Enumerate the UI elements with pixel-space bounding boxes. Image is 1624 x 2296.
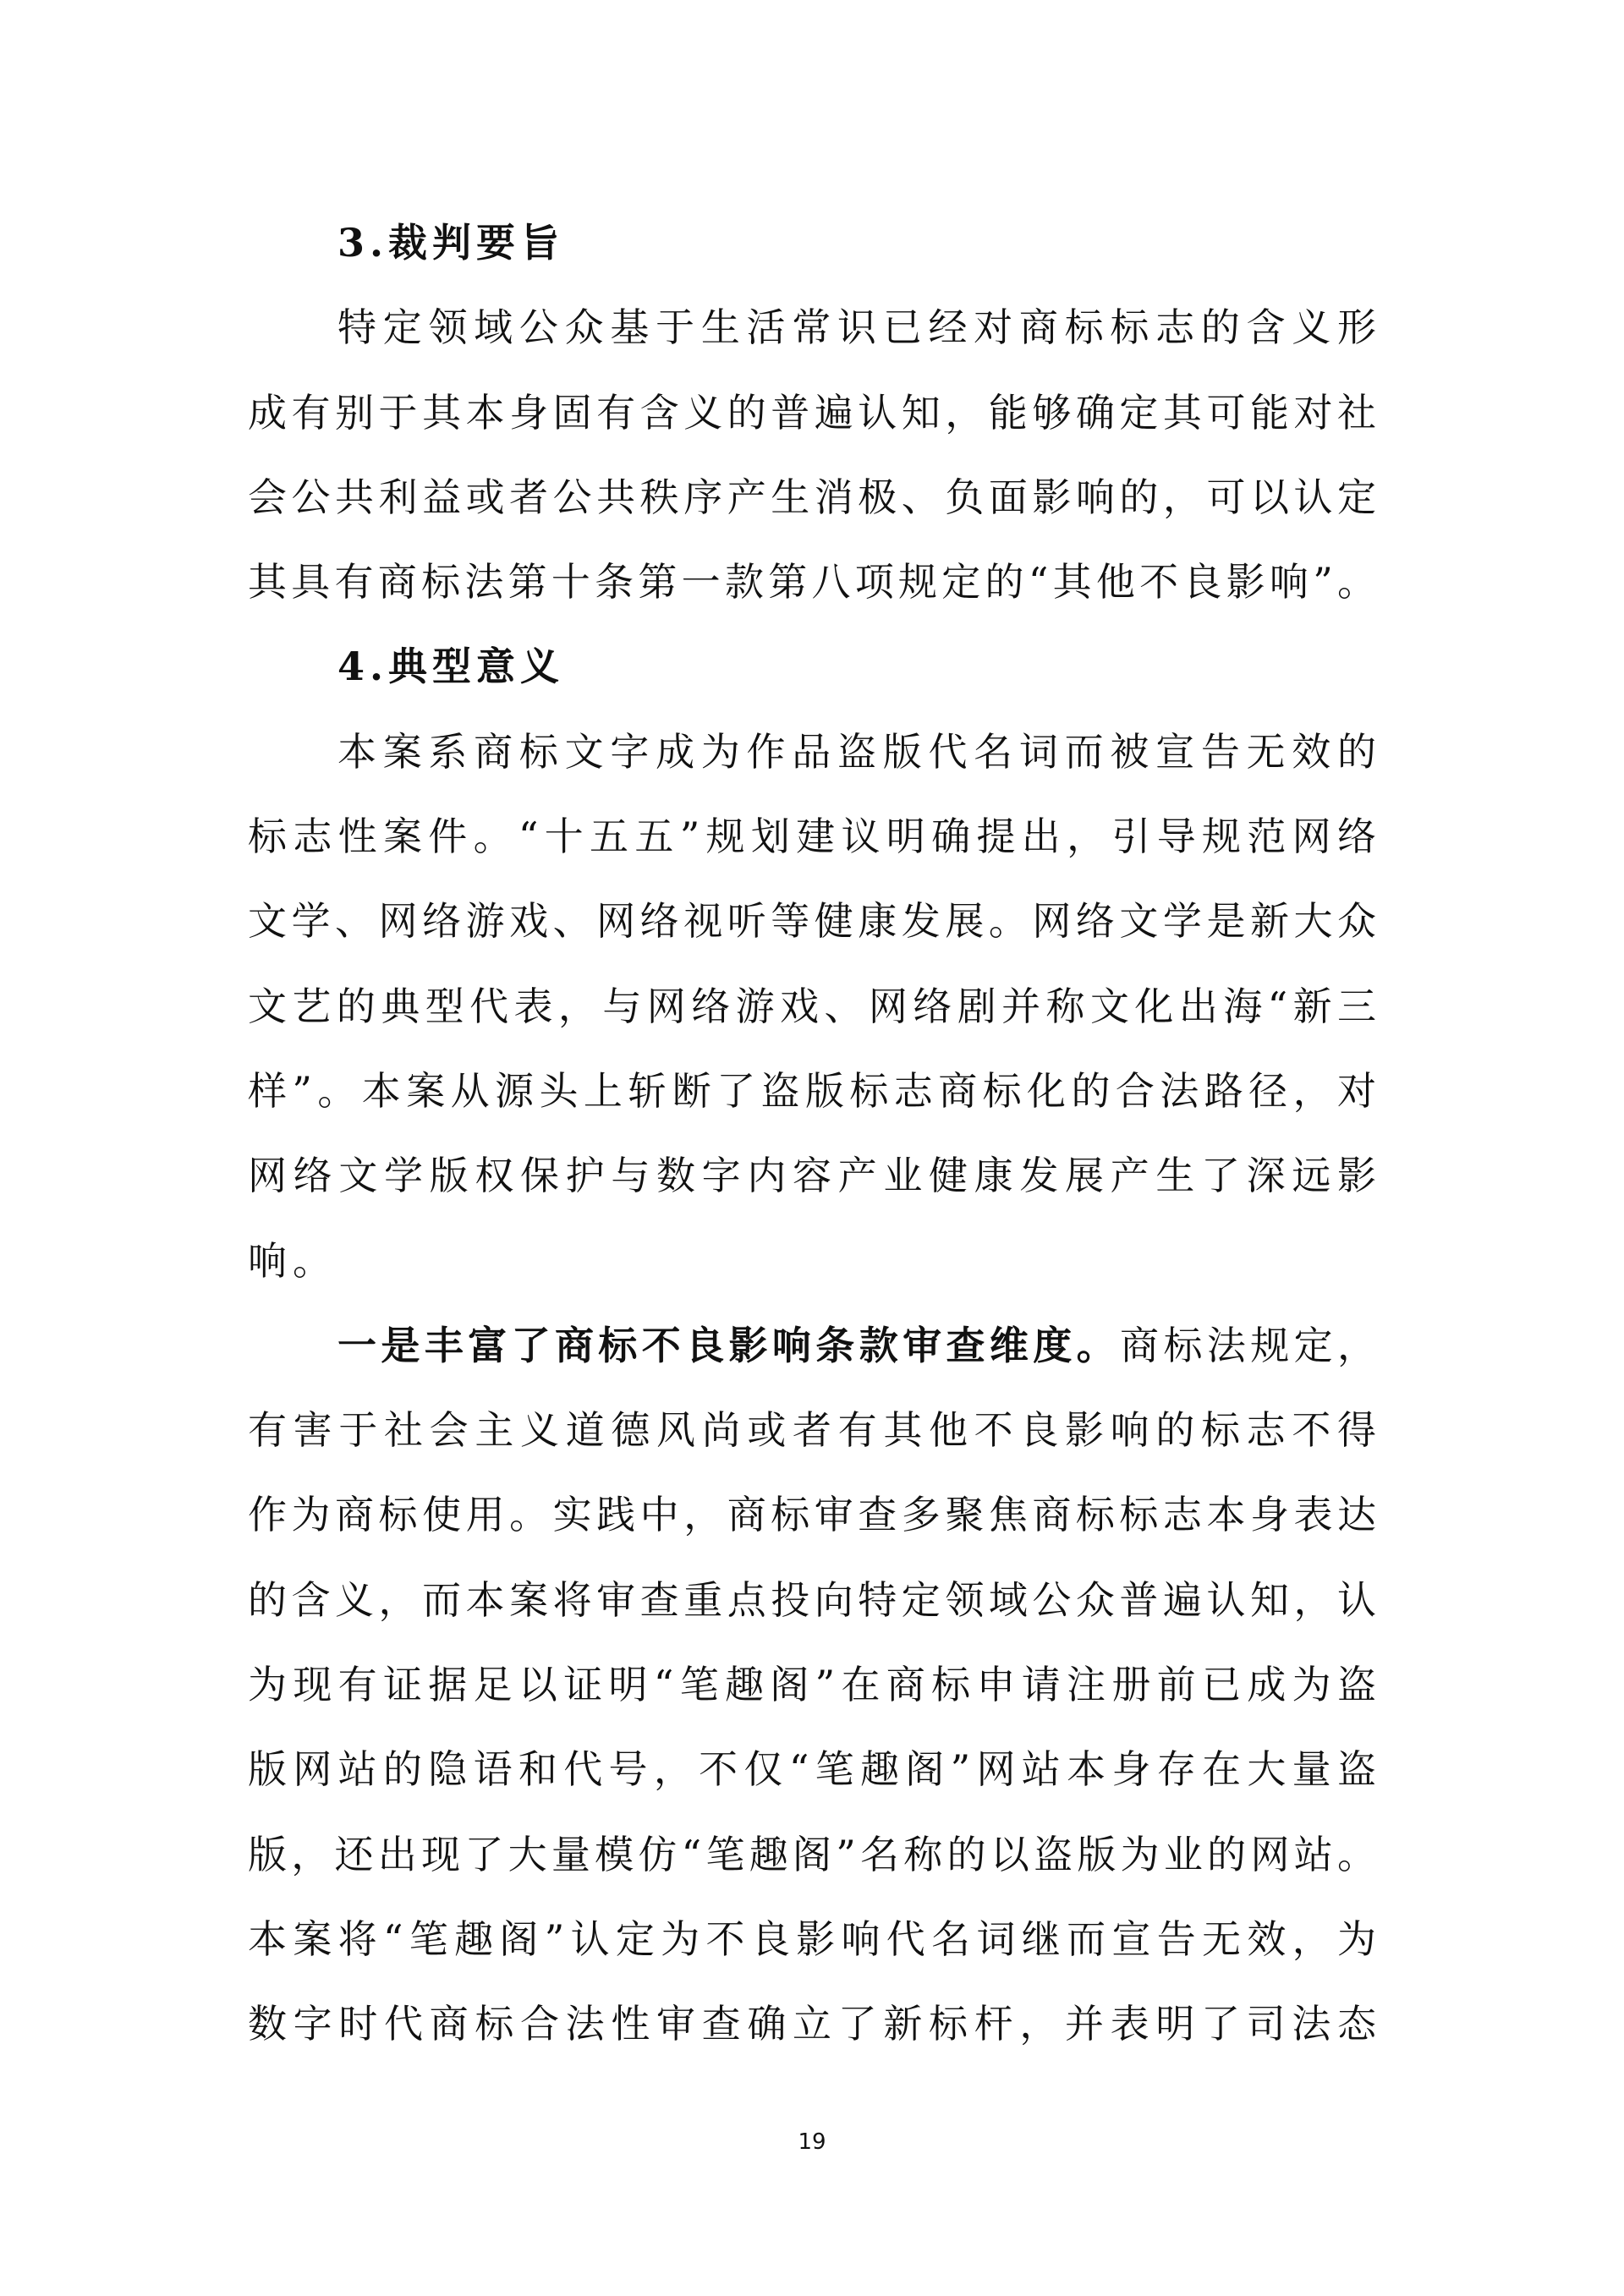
page-number: 19 — [0, 2129, 1624, 2155]
section-heading-judgment-gist: 3.裁判要旨 — [248, 200, 1376, 285]
paragraph-line: 文学、网络游戏、网络视听等健康发展。网络文学是新大众 — [248, 879, 1376, 963]
bold-lead-sentence: 一是丰富了商标不良影响条款审查维度。 — [337, 1323, 1120, 1368]
paragraph-line: 成有别于其本身固有含义的普遍认知，能够确定其可能对社 — [248, 370, 1376, 455]
section-heading-typical-significance: 4.典型意义 — [248, 624, 1376, 709]
paragraph-line: 响。 — [248, 1219, 1376, 1303]
body-text: 3.裁判要旨 特定领域公众基于生活常识已经对商标标志的含义形 成有别于其本身固有… — [248, 200, 1376, 2067]
paragraph-line: 本案系商标文字成为作品盗版代名词而被宣告无效的 — [248, 710, 1376, 794]
paragraph-line: 的含义，而本案将审查重点投向特定领域公众普遍认知，认 — [248, 1558, 1376, 1642]
paragraph-line: 数字时代商标合法性审查确立了新标杆，并表明了司法态 — [248, 1981, 1376, 2066]
paragraph-line: 作为商标使用。实践中，商标审查多聚焦商标标志本身表达 — [248, 1472, 1376, 1557]
paragraph-first-line: 一是丰富了商标不良影响条款审查维度。商标法规定， — [248, 1303, 1376, 1388]
paragraph-line: 特定领域公众基于生活常识已经对商标标志的含义形 — [248, 285, 1376, 370]
paragraph-line: 网络文学版权保护与数字内容产业健康发展产生了深远影 — [248, 1133, 1376, 1218]
paragraph-line: 版，还出现了大量模仿“笔趣阁”名称的以盗版为业的网站。 — [248, 1812, 1376, 1897]
paragraph-line: 样”。本案从源头上斩断了盗版标志商标化的合法路径，对 — [248, 1049, 1376, 1133]
paragraph-line: 版网站的隐语和代号，不仅“笔趣阁”网站本身存在大量盗 — [248, 1727, 1376, 1811]
paragraph-line: 文艺的典型代表，与网络游戏、网络剧并称文化出海“新三 — [248, 964, 1376, 1049]
paragraph-line: 标志性案件。“十五五”规划建议明确提出，引导规范网络 — [248, 794, 1376, 879]
first-line-rest: 商标法规定， — [1120, 1323, 1376, 1368]
paragraph-line: 会公共利益或者公共秩序产生消极、负面影响的，可以认定 — [248, 455, 1376, 540]
document-page: 3.裁判要旨 特定领域公众基于生活常识已经对商标标志的含义形 成有别于其本身固有… — [0, 0, 1624, 2296]
paragraph-line: 其具有商标法第十条第一款第八项规定的“其他不良影响”。 — [248, 540, 1376, 624]
paragraph-line: 本案将“笔趣阁”认定为不良影响代名词继而宣告无效，为 — [248, 1897, 1376, 1981]
paragraph-line: 为现有证据足以证明“笔趣阁”在商标申请注册前已成为盗 — [248, 1642, 1376, 1727]
paragraph-line: 有害于社会主义道德风尚或者有其他不良影响的标志不得 — [248, 1388, 1376, 1472]
